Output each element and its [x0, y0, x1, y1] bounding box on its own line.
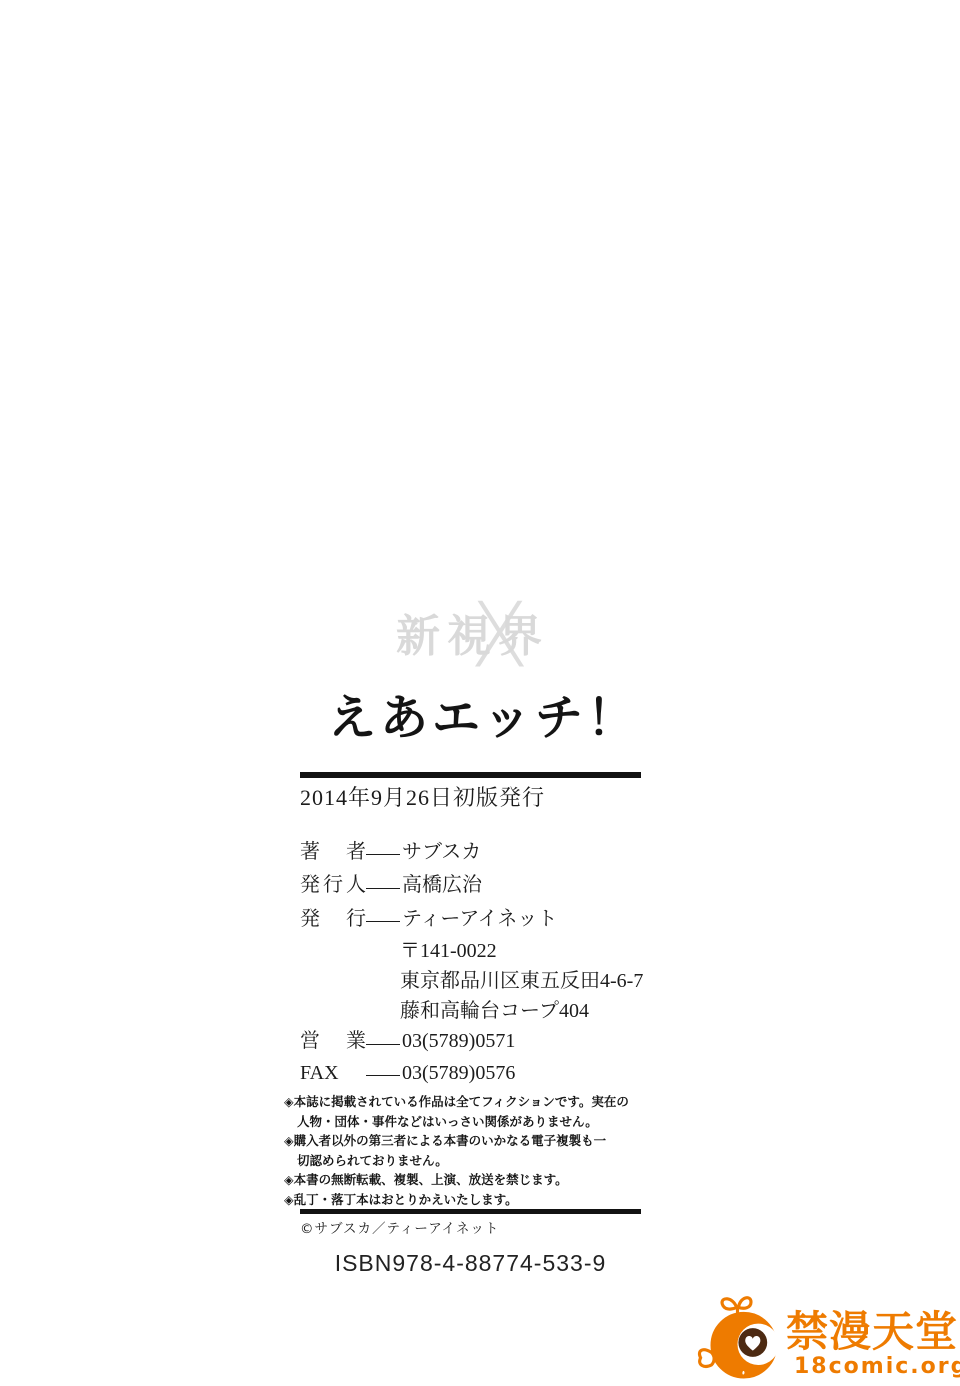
dash: —— — [366, 1059, 400, 1089]
dash: —— — [366, 904, 400, 936]
book-title: えあエッチ！ — [328, 690, 641, 746]
watermark-text: 新視界 — [396, 600, 549, 664]
author-row: 著者——サブスカ — [300, 836, 641, 869]
publisher-person-row: 発行人——高橋広治 — [300, 869, 641, 902]
site-logo-text: 禁漫天堂 18comic.org — [786, 1293, 960, 1379]
site-logo: 禁漫天堂 18comic.org — [696, 1293, 954, 1383]
edition-date: 2014年9月26日初版発行 — [300, 784, 641, 812]
publisher-label: 発行 — [300, 903, 366, 935]
sales-phone: 03(5789)0571 — [402, 1030, 515, 1052]
sales-phone-row: 営業——03(5789)0571 — [300, 1026, 641, 1057]
fax-row: FAX——03(5789)0576 — [300, 1058, 641, 1089]
colophon-block: えあエッチ！ 2014年9月26日初版発行 著者——サブスカ 発行人——高橋広治… — [300, 690, 641, 1278]
address-line1: 東京都品川区東五反田4-6-7 — [300, 966, 641, 996]
disclaimer-line: 切認められておりません。 — [284, 1151, 656, 1171]
author-label: 著者 — [300, 836, 366, 868]
publisher-person-value: 高橋広治 — [402, 874, 482, 896]
fax-number: 03(5789)0576 — [402, 1062, 515, 1084]
fax-label: FAX — [300, 1058, 366, 1088]
colophon-page: X 新視界 えあエッチ！ 2014年9月26日初版発行 著者——サブスカ 発行人… — [0, 0, 960, 1386]
copyright-line: ©サブスカ／ティーアイネット — [300, 1221, 641, 1238]
dash: —— — [366, 1028, 400, 1058]
disclaimer-line: ◈本誌に掲載されている作品は全てフィクションです。実在の — [284, 1092, 656, 1112]
site-name: 禁漫天堂 — [786, 1311, 960, 1353]
title-rule — [300, 772, 641, 778]
postal-code: 〒141-0022 — [300, 936, 641, 966]
publisher-row: 発行——ティーアイネット — [300, 903, 641, 936]
author-value: サブスカ — [402, 841, 481, 863]
address-line2: 藤和高輪台コープ404 — [300, 996, 641, 1026]
site-url: 18comic.org — [786, 1355, 960, 1379]
publisher-value: ティーアイネット — [402, 908, 557, 930]
disclaimer-line: ◈本書の無断転載、複製、上演、放送を禁じます。 — [284, 1170, 656, 1190]
sales-label: 営業 — [300, 1026, 366, 1056]
disclaimer-line: 人物・団体・事件などはいっさい関係がありません。 — [284, 1112, 656, 1132]
publication-info: 著者——サブスカ 発行人——高橋広治 発行——ティーアイネット 〒141-002… — [300, 836, 641, 1089]
disclaimer-line: ◈乱丁・落丁本はおとりかえいたします。 — [284, 1190, 656, 1210]
disclaimer-line: ◈購入者以外の第三者による本書のいかなる電子複製も一 — [284, 1131, 656, 1151]
legal-disclaimer: ◈本誌に掲載されている作品は全てフィクションです。実在の 人物・団体・事件などは… — [284, 1092, 656, 1209]
publisher-person-label: 発行人 — [300, 869, 366, 901]
isbn-number: ISBN978-4-88774-533-9 — [300, 1248, 641, 1278]
dash: —— — [366, 871, 400, 903]
mascot-icon — [696, 1293, 788, 1383]
dash: —— — [366, 837, 400, 869]
footer-rule — [300, 1209, 641, 1214]
